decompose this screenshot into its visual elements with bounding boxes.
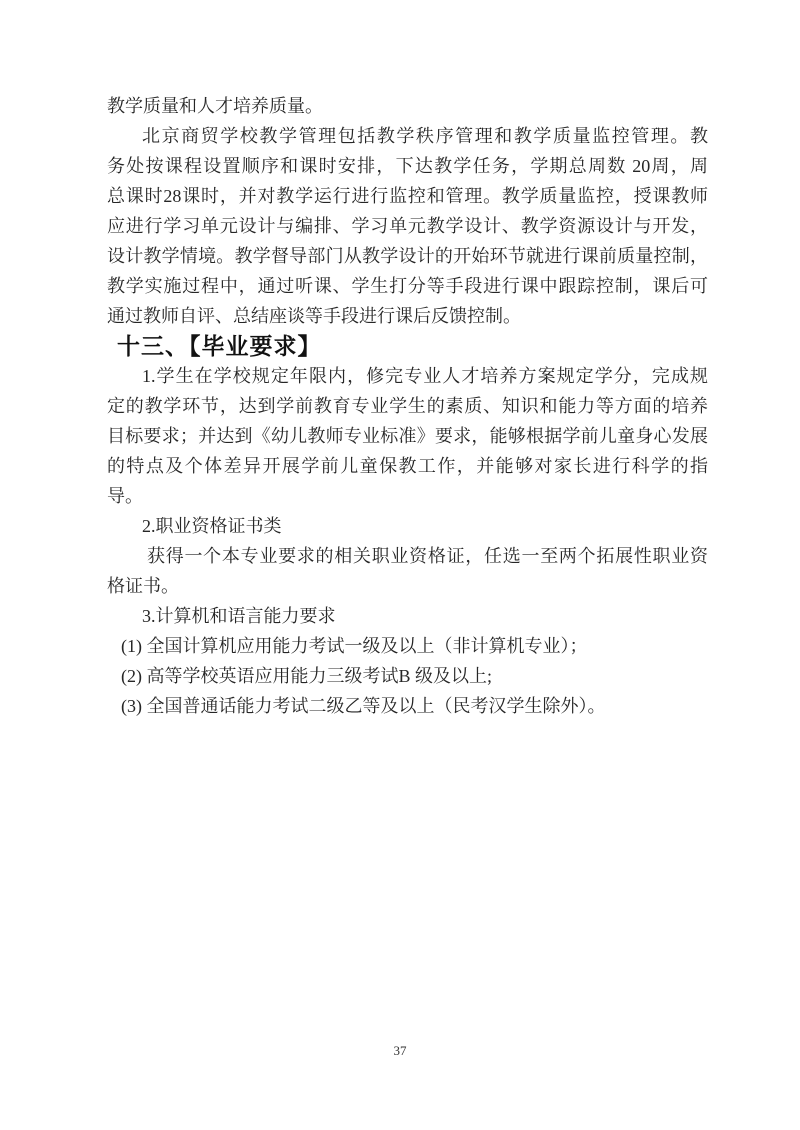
paragraph-line: 导。 bbox=[107, 481, 708, 511]
paragraph-line: 通过教师自评、总结座谈等手段进行课后反馈控制。 bbox=[107, 301, 708, 331]
paragraph-line: 目标要求；并达到《幼儿教师专业标准》要求，能够根据学前儿童身心发展 bbox=[107, 421, 708, 451]
paragraph-line: 教学实施过程中，通过听课、学生打分等手段进行课中跟踪控制，课后可 bbox=[107, 271, 708, 301]
sub-item-english-exam: (2) 高等学校英语应用能力三级考试B 级及以上; bbox=[107, 661, 708, 691]
paragraph-line: 教学质量和人才培养质量。 bbox=[107, 91, 708, 121]
list-item-computer-language: 3.计算机和语言能力要求 bbox=[107, 601, 708, 631]
paragraph-line: 定的教学环节，达到学前教育专业学生的素质、知识和能力等方面的培养 bbox=[107, 391, 708, 421]
list-item-certificates: 2.职业资格证书类 bbox=[107, 511, 708, 541]
paragraph-line: 格证书。 bbox=[107, 571, 708, 601]
paragraph-line: 北京商贸学校教学管理包括教学秩序管理和教学质量监控管理。教 bbox=[107, 121, 708, 151]
page-number: 37 bbox=[394, 1043, 407, 1058]
paragraph-line: 获得一个本专业要求的相关职业资格证，任选一至两个拓展性职业资 bbox=[107, 541, 708, 571]
sub-item-computer-exam: (1) 全国计算机应用能力考试一级及以上（非计算机专业）； bbox=[107, 631, 708, 661]
section-heading-graduation-requirements: 十三、【毕业要求】 bbox=[107, 331, 708, 361]
sub-item-putonghua-exam: (3) 全国普通话能力考试二级乙等及以上（民考汉学生除外）。 bbox=[107, 691, 708, 721]
paragraph-line: 应进行学习单元设计与编排、学习单元教学设计、教学资源设计与开发， bbox=[107, 211, 708, 241]
paragraph-line: 1.学生在学校规定年限内，修完专业人才培养方案规定学分，完成规 bbox=[107, 361, 708, 391]
paragraph-line: 务处按课程设置顺序和课时安排，下达教学任务，学期总周数 20周，周 bbox=[107, 151, 708, 181]
paragraph-line: 设计教学情境。教学督导部门从教学设计的开始环节就进行课前质量控制， bbox=[107, 241, 708, 271]
paragraph-line: 的特点及个体差异开展学前儿童保教工作，并能够对家长进行科学的指 bbox=[107, 451, 708, 481]
page-content: 教学质量和人才培养质量。 北京商贸学校教学管理包括教学秩序管理和教学质量监控管理… bbox=[107, 91, 708, 721]
document-page: 教学质量和人才培养质量。 北京商贸学校教学管理包括教学秩序管理和教学质量监控管理… bbox=[0, 0, 800, 1130]
page-footer: 37 bbox=[0, 1042, 800, 1060]
paragraph-line: 总课时28课时，并对教学运行进行监控和管理。教学质量监控，授课教师 bbox=[107, 181, 708, 211]
